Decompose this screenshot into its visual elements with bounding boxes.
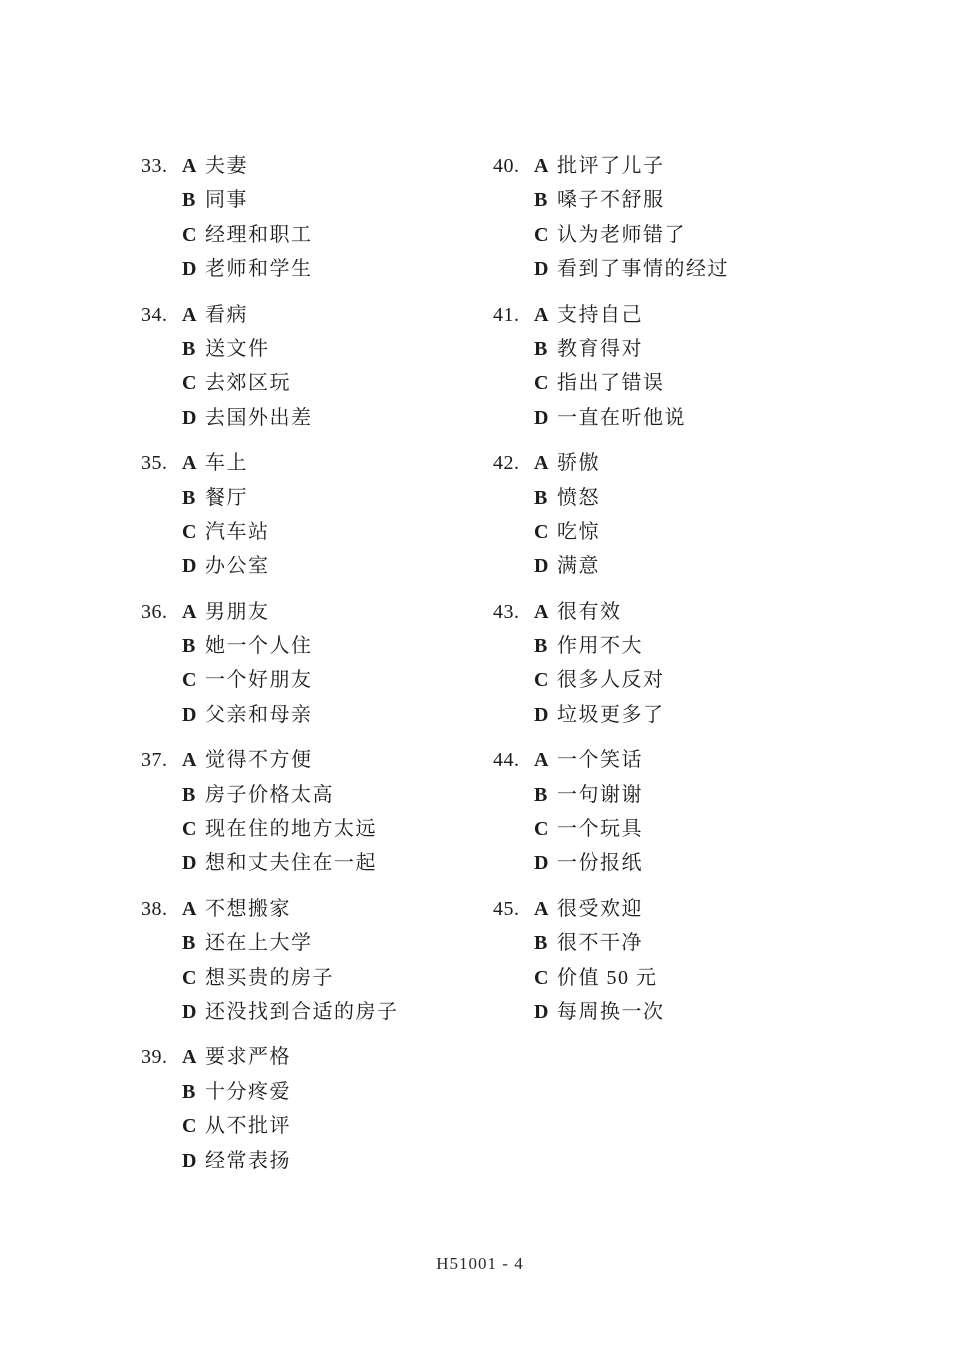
option-c: C经理和职工 bbox=[182, 218, 313, 252]
option-list: A骄傲 B愤怒 C吃惊 D满意 bbox=[534, 446, 600, 584]
option-a: A车上 bbox=[182, 446, 270, 480]
option-letter: C bbox=[182, 366, 205, 400]
option-text: 一个笑话 bbox=[557, 743, 643, 777]
option-c: C一个玩具 bbox=[534, 812, 643, 846]
option-c: C一个好朋友 bbox=[182, 663, 313, 697]
option-text: 批评了儿子 bbox=[557, 149, 665, 183]
option-letter: A bbox=[182, 892, 205, 926]
option-list: A男朋友 B她一个人住 C一个好朋友 D父亲和母亲 bbox=[182, 595, 313, 733]
option-c: C想买贵的房子 bbox=[182, 961, 399, 995]
option-letter: D bbox=[534, 846, 557, 880]
option-text: 看到了事情的经过 bbox=[557, 252, 729, 286]
option-text: 去国外出差 bbox=[205, 401, 313, 435]
option-a: A要求严格 bbox=[182, 1040, 291, 1074]
option-text: 嗓子不舒服 bbox=[557, 183, 665, 217]
option-letter: D bbox=[182, 995, 205, 1029]
option-letter: D bbox=[182, 846, 205, 880]
option-text: 很受欢迎 bbox=[557, 892, 643, 926]
option-d: D办公室 bbox=[182, 549, 270, 583]
question-43: 43. A很有效 B作用不大 C很多人反对 D垃圾更多了 bbox=[493, 595, 729, 733]
question-column-left: 33. A夫妻 B同事 C经理和职工 D老师和学生 34. A看病 B送文件 C… bbox=[141, 149, 399, 1189]
option-text: 餐厅 bbox=[205, 481, 248, 515]
option-letter: C bbox=[182, 663, 205, 697]
option-a: A骄傲 bbox=[534, 446, 600, 480]
option-b: B很不干净 bbox=[534, 926, 665, 960]
option-letter: A bbox=[534, 446, 557, 480]
question-number: 44. bbox=[493, 743, 534, 777]
option-text: 满意 bbox=[557, 549, 600, 583]
option-list: A觉得不方便 B房子价格太高 C现在住的地方太远 D想和丈夫住在一起 bbox=[182, 743, 377, 881]
question-column-right: 40. A批评了儿子 B嗓子不舒服 C认为老师错了 D看到了事情的经过 41. … bbox=[493, 149, 729, 1040]
option-text: 送文件 bbox=[205, 332, 270, 366]
option-text: 她一个人住 bbox=[205, 629, 313, 663]
option-letter: C bbox=[534, 366, 557, 400]
option-letter: C bbox=[182, 1109, 205, 1143]
option-list: A不想搬家 B还在上大学 C想买贵的房子 D还没找到合适的房子 bbox=[182, 892, 399, 1030]
option-b: B房子价格太高 bbox=[182, 778, 377, 812]
option-letter: A bbox=[534, 892, 557, 926]
option-a: A很有效 bbox=[534, 595, 665, 629]
option-c: C从不批评 bbox=[182, 1109, 291, 1143]
option-text: 房子价格太高 bbox=[205, 778, 334, 812]
option-letter: C bbox=[534, 218, 557, 252]
option-c: C很多人反对 bbox=[534, 663, 665, 697]
option-letter: D bbox=[182, 401, 205, 435]
option-letter: A bbox=[534, 149, 557, 183]
option-d: D满意 bbox=[534, 549, 600, 583]
option-a: A男朋友 bbox=[182, 595, 313, 629]
option-letter: B bbox=[534, 778, 557, 812]
question-45: 45. A很受欢迎 B很不干净 C价值 50 元 D每周换一次 bbox=[493, 892, 729, 1030]
option-letter: A bbox=[182, 595, 205, 629]
option-letter: B bbox=[182, 629, 205, 663]
option-text: 作用不大 bbox=[557, 629, 643, 663]
option-letter: C bbox=[182, 515, 205, 549]
option-list: A要求严格 B十分疼爱 C从不批评 D经常表扬 bbox=[182, 1040, 291, 1178]
option-d: D一直在听他说 bbox=[534, 401, 686, 435]
question-33: 33. A夫妻 B同事 C经理和职工 D老师和学生 bbox=[141, 149, 399, 287]
question-number: 39. bbox=[141, 1040, 182, 1074]
question-number: 35. bbox=[141, 446, 182, 480]
option-text: 看病 bbox=[205, 298, 248, 332]
option-letter: A bbox=[182, 298, 205, 332]
question-38: 38. A不想搬家 B还在上大学 C想买贵的房子 D还没找到合适的房子 bbox=[141, 892, 399, 1030]
question-number: 38. bbox=[141, 892, 182, 926]
option-text: 想和丈夫住在一起 bbox=[205, 846, 377, 880]
option-b: B嗓子不舒服 bbox=[534, 183, 729, 217]
option-letter: D bbox=[534, 995, 557, 1029]
option-a: A看病 bbox=[182, 298, 313, 332]
question-number: 37. bbox=[141, 743, 182, 777]
option-b: B送文件 bbox=[182, 332, 313, 366]
option-b: B她一个人住 bbox=[182, 629, 313, 663]
option-text: 愤怒 bbox=[557, 481, 600, 515]
question-42: 42. A骄傲 B愤怒 C吃惊 D满意 bbox=[493, 446, 729, 584]
option-text: 吃惊 bbox=[557, 515, 600, 549]
option-text: 经常表扬 bbox=[205, 1144, 291, 1178]
question-37: 37. A觉得不方便 B房子价格太高 C现在住的地方太远 D想和丈夫住在一起 bbox=[141, 743, 399, 881]
option-text: 办公室 bbox=[205, 549, 270, 583]
option-text: 不想搬家 bbox=[205, 892, 291, 926]
option-text: 经理和职工 bbox=[205, 218, 313, 252]
option-text: 现在住的地方太远 bbox=[205, 812, 377, 846]
option-text: 很不干净 bbox=[557, 926, 643, 960]
option-c: C指出了错误 bbox=[534, 366, 686, 400]
option-b: B还在上大学 bbox=[182, 926, 399, 960]
question-39: 39. A要求严格 B十分疼爱 C从不批评 D经常表扬 bbox=[141, 1040, 399, 1178]
option-d: D老师和学生 bbox=[182, 252, 313, 286]
option-letter: D bbox=[182, 252, 205, 286]
option-d: D看到了事情的经过 bbox=[534, 252, 729, 286]
option-letter: C bbox=[534, 812, 557, 846]
option-text: 车上 bbox=[205, 446, 248, 480]
question-35: 35. A车上 B餐厅 C汽车站 D办公室 bbox=[141, 446, 399, 584]
option-letter: A bbox=[182, 149, 205, 183]
page-footer: H51001 - 4 bbox=[0, 1254, 960, 1274]
option-letter: C bbox=[182, 218, 205, 252]
option-text: 汽车站 bbox=[205, 515, 270, 549]
option-letter: D bbox=[534, 252, 557, 286]
option-a: A一个笑话 bbox=[534, 743, 643, 777]
option-text: 去郊区玩 bbox=[205, 366, 291, 400]
option-letter: B bbox=[534, 183, 557, 217]
option-letter: D bbox=[534, 698, 557, 732]
option-text: 指出了错误 bbox=[557, 366, 665, 400]
option-letter: B bbox=[182, 926, 205, 960]
option-d: D每周换一次 bbox=[534, 995, 665, 1029]
option-c: C吃惊 bbox=[534, 515, 600, 549]
question-44: 44. A一个笑话 B一句谢谢 C一个玩具 D一份报纸 bbox=[493, 743, 729, 881]
option-letter: D bbox=[534, 549, 557, 583]
option-text: 父亲和母亲 bbox=[205, 698, 313, 732]
option-text: 同事 bbox=[205, 183, 248, 217]
option-text: 支持自己 bbox=[557, 298, 643, 332]
option-letter: C bbox=[534, 515, 557, 549]
option-d: D父亲和母亲 bbox=[182, 698, 313, 732]
option-text: 还在上大学 bbox=[205, 926, 313, 960]
option-list: A看病 B送文件 C去郊区玩 D去国外出差 bbox=[182, 298, 313, 436]
option-text: 每周换一次 bbox=[557, 995, 665, 1029]
option-text: 男朋友 bbox=[205, 595, 270, 629]
option-text: 一份报纸 bbox=[557, 846, 643, 880]
option-c: C去郊区玩 bbox=[182, 366, 313, 400]
option-letter: B bbox=[182, 481, 205, 515]
option-c: C价值 50 元 bbox=[534, 961, 665, 995]
option-letter: A bbox=[534, 298, 557, 332]
option-text: 想买贵的房子 bbox=[205, 961, 334, 995]
question-number: 40. bbox=[493, 149, 534, 183]
option-text: 要求严格 bbox=[205, 1040, 291, 1074]
option-b: B作用不大 bbox=[534, 629, 665, 663]
option-list: A夫妻 B同事 C经理和职工 D老师和学生 bbox=[182, 149, 313, 287]
option-d: D经常表扬 bbox=[182, 1144, 291, 1178]
option-text: 很有效 bbox=[557, 595, 622, 629]
option-letter: C bbox=[182, 961, 205, 995]
option-letter: D bbox=[182, 549, 205, 583]
option-list: A车上 B餐厅 C汽车站 D办公室 bbox=[182, 446, 270, 584]
option-d: D一份报纸 bbox=[534, 846, 643, 880]
option-text: 从不批评 bbox=[205, 1109, 291, 1143]
question-number: 43. bbox=[493, 595, 534, 629]
option-letter: A bbox=[182, 743, 205, 777]
option-text: 夫妻 bbox=[205, 149, 248, 183]
question-36: 36. A男朋友 B她一个人住 C一个好朋友 D父亲和母亲 bbox=[141, 595, 399, 733]
option-b: B一句谢谢 bbox=[534, 778, 643, 812]
option-a: A很受欢迎 bbox=[534, 892, 665, 926]
option-a: A批评了儿子 bbox=[534, 149, 729, 183]
option-text: 还没找到合适的房子 bbox=[205, 995, 399, 1029]
option-text: 价值 50 元 bbox=[557, 961, 658, 995]
option-letter: A bbox=[534, 743, 557, 777]
option-b: B愤怒 bbox=[534, 481, 600, 515]
option-letter: B bbox=[182, 183, 205, 217]
question-number: 45. bbox=[493, 892, 534, 926]
option-c: C现在住的地方太远 bbox=[182, 812, 377, 846]
option-d: D垃圾更多了 bbox=[534, 698, 665, 732]
option-a: A夫妻 bbox=[182, 149, 313, 183]
option-d: D去国外出差 bbox=[182, 401, 313, 435]
option-text: 很多人反对 bbox=[557, 663, 665, 697]
option-b: B教育得对 bbox=[534, 332, 686, 366]
option-text: 一个玩具 bbox=[557, 812, 643, 846]
option-letter: B bbox=[534, 629, 557, 663]
option-letter: D bbox=[534, 401, 557, 435]
option-letter: B bbox=[182, 778, 205, 812]
exam-page: 33. A夫妻 B同事 C经理和职工 D老师和学生 34. A看病 B送文件 C… bbox=[0, 0, 960, 1358]
option-text: 十分疼爱 bbox=[205, 1075, 291, 1109]
option-d: D还没找到合适的房子 bbox=[182, 995, 399, 1029]
option-list: A很有效 B作用不大 C很多人反对 D垃圾更多了 bbox=[534, 595, 665, 733]
option-letter: C bbox=[534, 663, 557, 697]
option-a: A支持自己 bbox=[534, 298, 686, 332]
option-letter: C bbox=[534, 961, 557, 995]
option-text: 一个好朋友 bbox=[205, 663, 313, 697]
option-list: A一个笑话 B一句谢谢 C一个玩具 D一份报纸 bbox=[534, 743, 643, 881]
question-number: 41. bbox=[493, 298, 534, 332]
option-letter: B bbox=[534, 926, 557, 960]
option-letter: D bbox=[182, 1144, 205, 1178]
option-letter: A bbox=[182, 446, 205, 480]
option-letter: A bbox=[182, 1040, 205, 1074]
option-list: A很受欢迎 B很不干净 C价值 50 元 D每周换一次 bbox=[534, 892, 665, 1030]
option-c: C认为老师错了 bbox=[534, 218, 729, 252]
option-list: A支持自己 B教育得对 C指出了错误 D一直在听他说 bbox=[534, 298, 686, 436]
option-letter: B bbox=[534, 481, 557, 515]
question-34: 34. A看病 B送文件 C去郊区玩 D去国外出差 bbox=[141, 298, 399, 436]
option-text: 教育得对 bbox=[557, 332, 643, 366]
option-text: 一句谢谢 bbox=[557, 778, 643, 812]
option-text: 垃圾更多了 bbox=[557, 698, 665, 732]
option-text: 骄傲 bbox=[557, 446, 600, 480]
option-letter: C bbox=[182, 812, 205, 846]
option-text: 老师和学生 bbox=[205, 252, 313, 286]
option-c: C汽车站 bbox=[182, 515, 270, 549]
question-number: 36. bbox=[141, 595, 182, 629]
option-letter: B bbox=[182, 1075, 205, 1109]
question-number: 33. bbox=[141, 149, 182, 183]
question-number: 34. bbox=[141, 298, 182, 332]
option-text: 认为老师错了 bbox=[557, 218, 686, 252]
option-b: B同事 bbox=[182, 183, 313, 217]
option-letter: A bbox=[534, 595, 557, 629]
option-letter: D bbox=[182, 698, 205, 732]
question-number: 42. bbox=[493, 446, 534, 480]
question-40: 40. A批评了儿子 B嗓子不舒服 C认为老师错了 D看到了事情的经过 bbox=[493, 149, 729, 287]
option-letter: B bbox=[182, 332, 205, 366]
option-b: B餐厅 bbox=[182, 481, 270, 515]
option-a: A不想搬家 bbox=[182, 892, 399, 926]
option-b: B十分疼爱 bbox=[182, 1075, 291, 1109]
option-a: A觉得不方便 bbox=[182, 743, 377, 777]
option-d: D想和丈夫住在一起 bbox=[182, 846, 377, 880]
option-list: A批评了儿子 B嗓子不舒服 C认为老师错了 D看到了事情的经过 bbox=[534, 149, 729, 287]
option-text: 觉得不方便 bbox=[205, 743, 313, 777]
question-41: 41. A支持自己 B教育得对 C指出了错误 D一直在听他说 bbox=[493, 298, 729, 436]
option-letter: B bbox=[534, 332, 557, 366]
option-text: 一直在听他说 bbox=[557, 401, 686, 435]
